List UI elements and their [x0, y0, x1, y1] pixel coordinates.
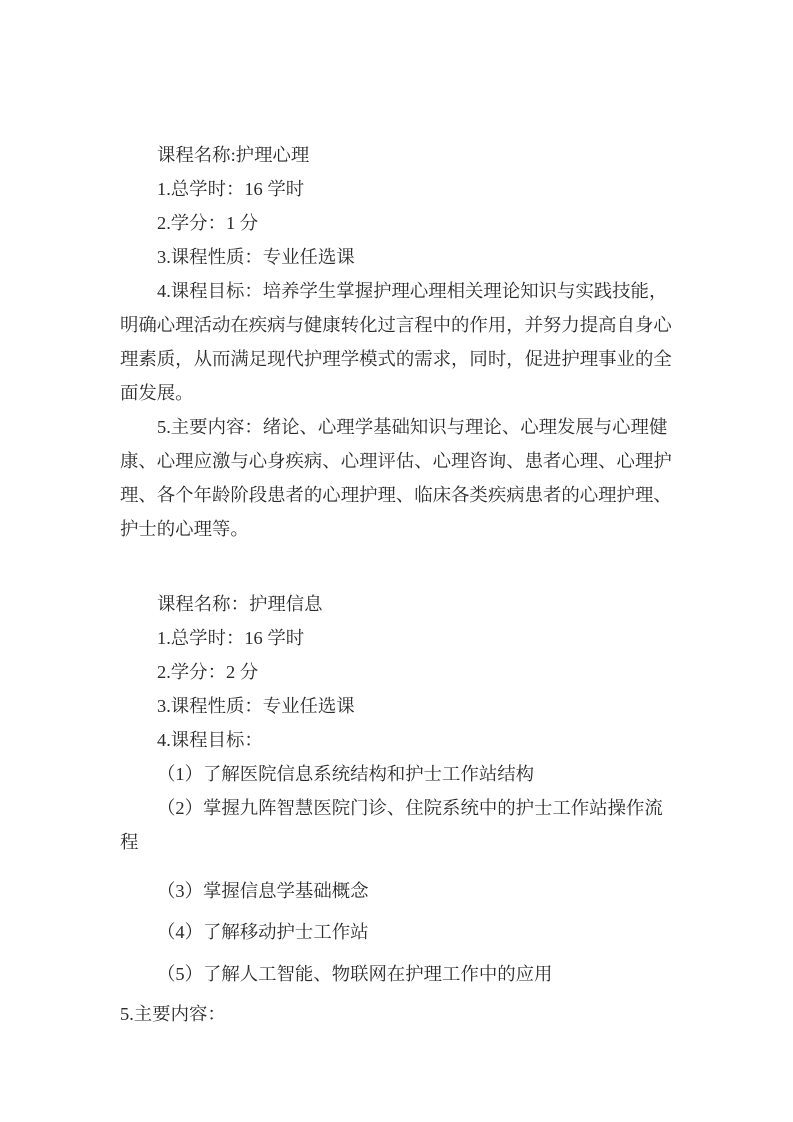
main-content-line-4: 护士的心理等。 [120, 512, 673, 546]
main-content-heading-line: 5.主要内容： [120, 997, 673, 1031]
document-page: 课程名称:护理心理 1.总学时：16 学时 2.学分：1 分 3.课程性质：专业… [0, 0, 793, 1122]
objectives-line-3: 理素质，从而满足现代护理学模式的需求，同时，促进护理事业的全 [120, 342, 673, 376]
objectives-heading-line: 4.课程目标： [120, 723, 673, 757]
course-section-nursing-psychology: 课程名称:护理心理 1.总学时：16 学时 2.学分：1 分 3.课程性质：专业… [120, 138, 673, 546]
objective-item-1: （1）了解医院信息系统结构和护士工作站结构 [120, 757, 673, 791]
total-hours-line: 1.总学时：16 学时 [120, 621, 673, 655]
course-section-nursing-informatics: 课程名称：护理信息 1.总学时：16 学时 2.学分：2 分 3.课程性质：专业… [120, 587, 673, 1031]
main-content-line-2: 康、心理应激与心身疾病、心理评估、心理咨询、患者心理、心理护 [120, 444, 673, 478]
objectives-line-2: 明确心理活动在疾病与健康转化过言程中的作用，并努力提高自身心 [120, 308, 673, 342]
course-name-line: 课程名称:护理心理 [120, 138, 673, 172]
course-type-line: 3.课程性质：专业任选课 [120, 689, 673, 723]
main-content-line-1: 5.主要内容：绪论、心理学基础知识与理论、心理发展与心理健 [120, 410, 673, 444]
course-type-line: 3.课程性质：专业任选课 [120, 240, 673, 274]
page-content: 课程名称:护理心理 1.总学时：16 学时 2.学分：1 分 3.课程性质：专业… [120, 138, 673, 1031]
course-name-line: 课程名称：护理信息 [120, 587, 673, 621]
objective-item-5: （5）了解人工智能、物联网在护理工作中的应用 [120, 957, 673, 991]
objective-item-2-line-2: 程 [120, 825, 673, 859]
total-hours-line: 1.总学时：16 学时 [120, 172, 673, 206]
objective-item-4: （4）了解移动护士工作站 [120, 915, 673, 949]
objective-item-2-line-1: （2）掌握九阵智慧医院门诊、住院系统中的护士工作站操作流 [120, 791, 673, 825]
objective-item-3: （3）掌握信息学基础概念 [120, 874, 673, 908]
objectives-line-4: 面发展。 [120, 376, 673, 410]
main-content-line-3: 理、各个年龄阶段患者的心理护理、临床各类疾病患者的心理护理、 [120, 478, 673, 512]
credits-line: 2.学分：1 分 [120, 206, 673, 240]
objectives-line-1: 4.课程目标：培养学生掌握护理心理相关理论知识与实践技能， [120, 274, 673, 308]
credits-line: 2.学分：2 分 [120, 655, 673, 689]
